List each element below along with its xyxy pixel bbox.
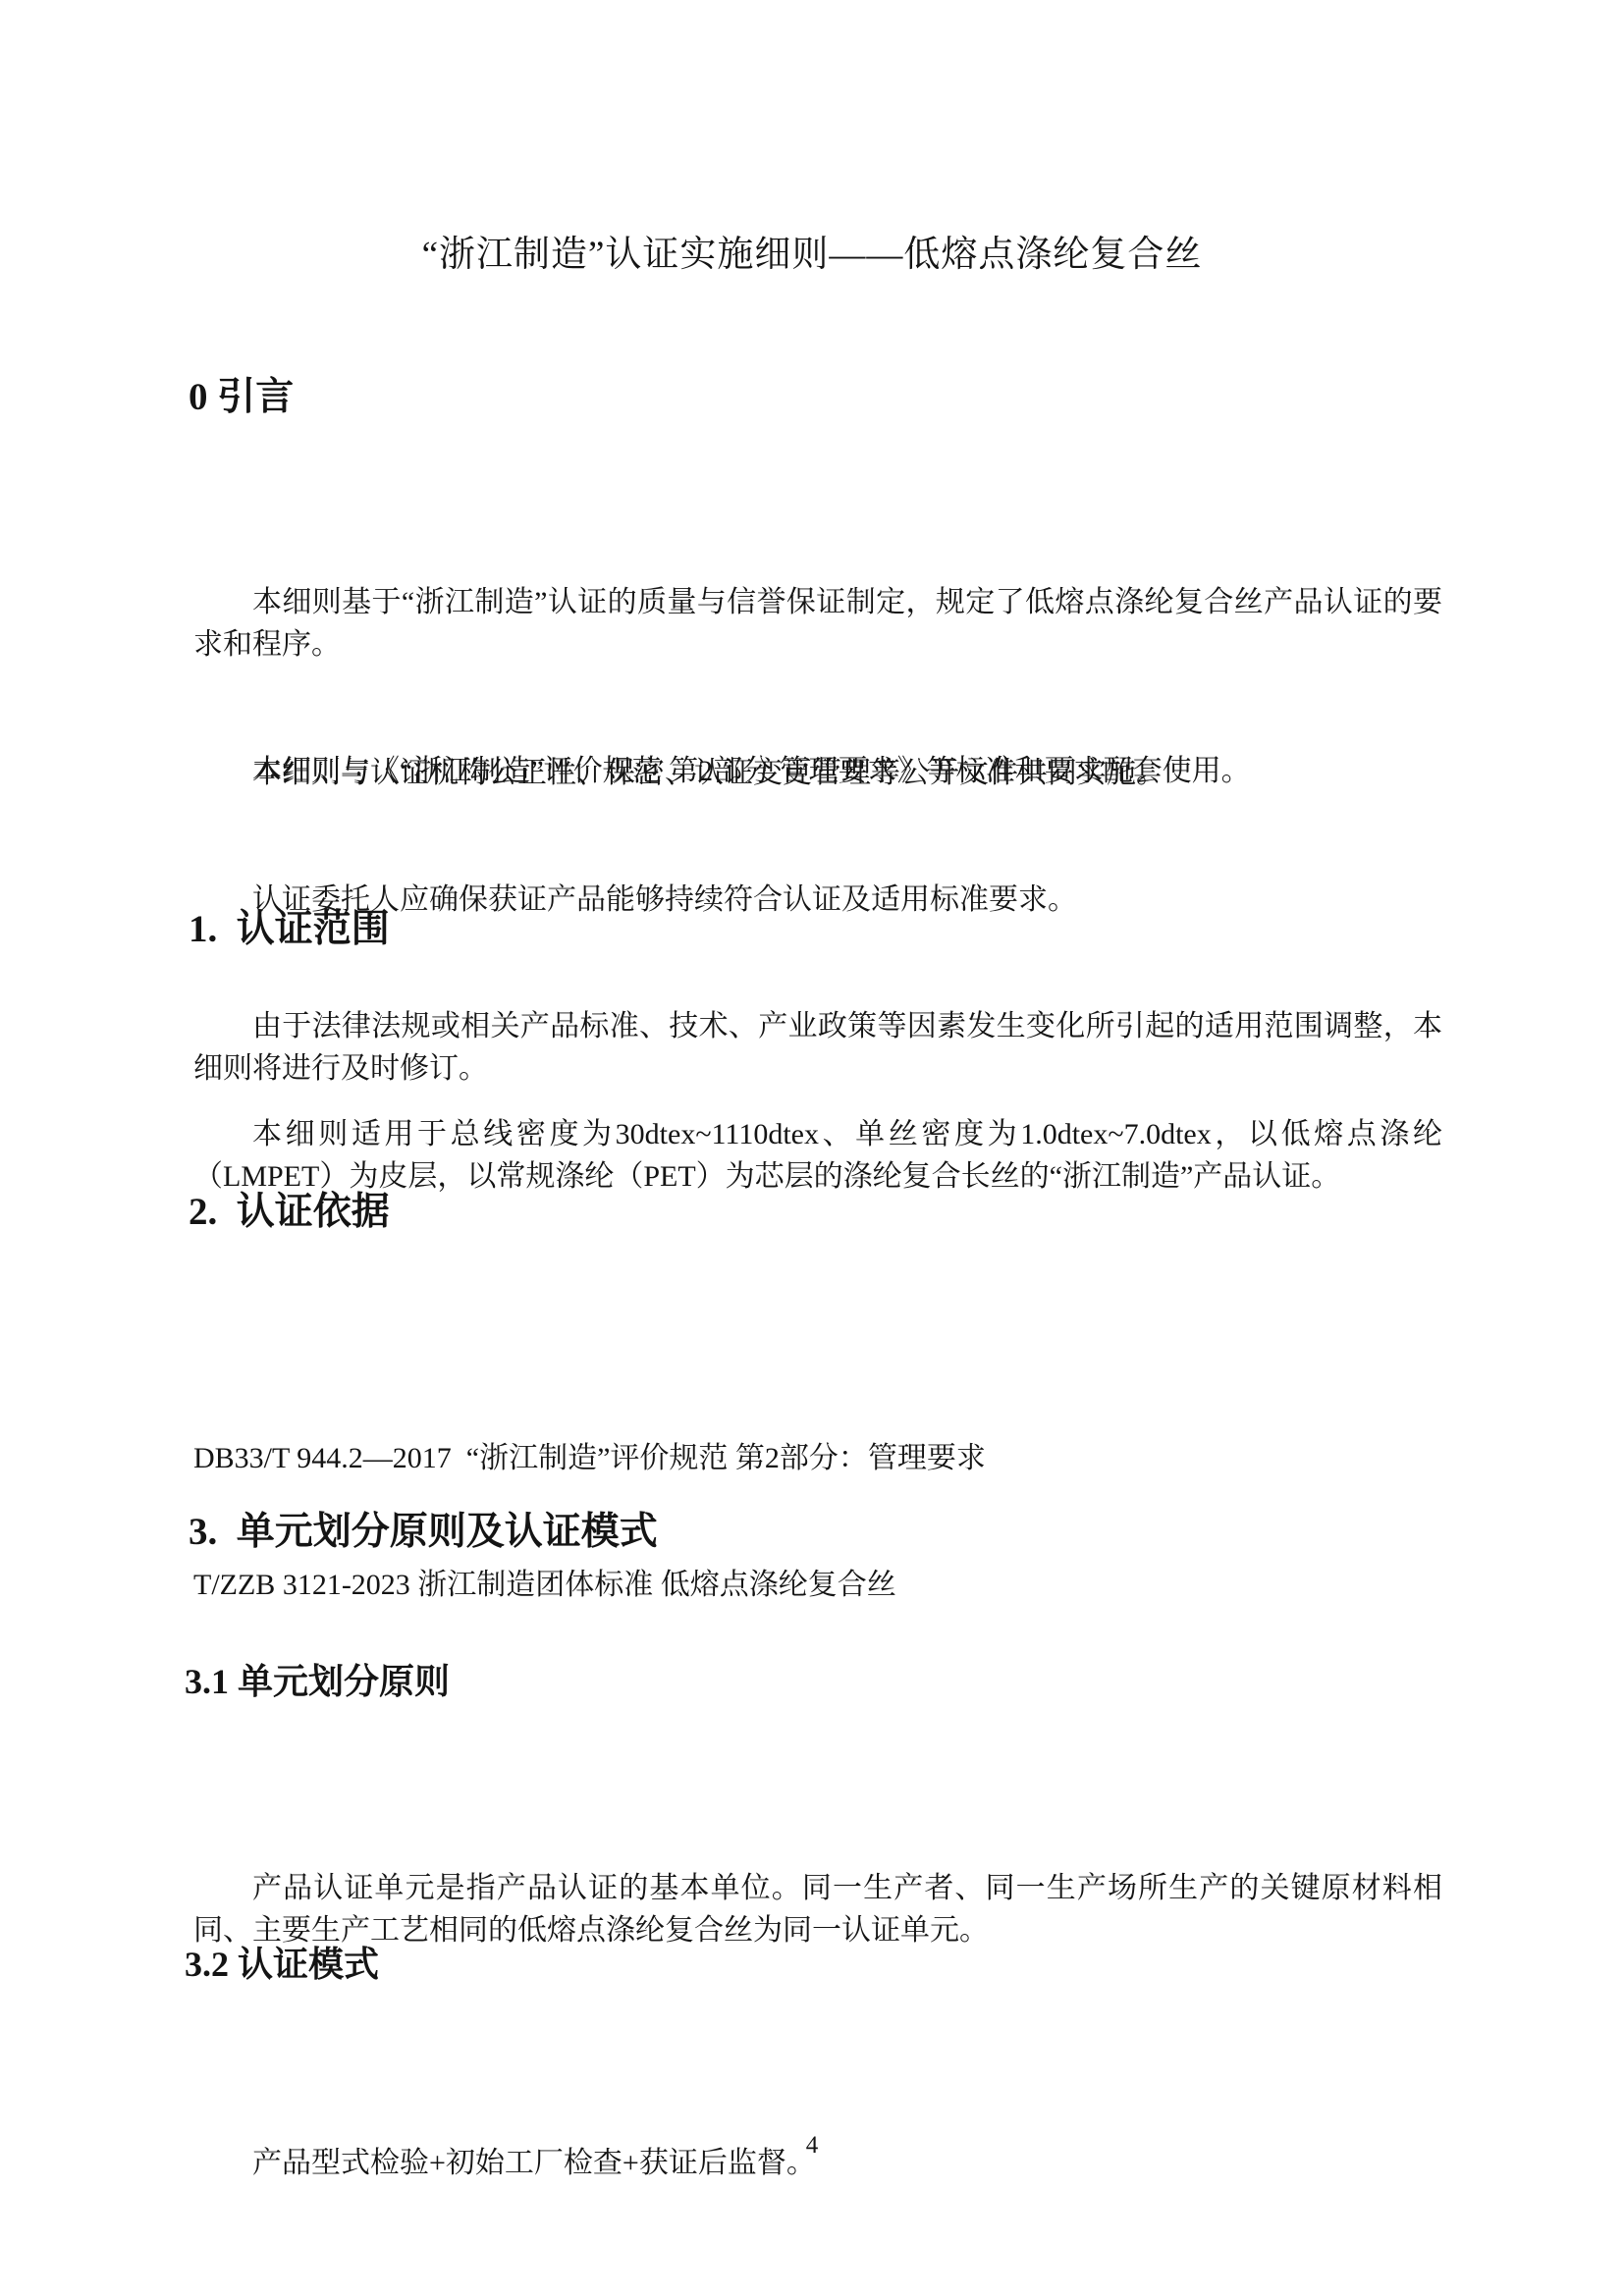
heading-introduction: 0 引言 [189, 377, 1465, 419]
heading-certification-mode: 3.2 认证模式 [185, 1946, 1461, 1985]
document-title: “浙江制造”认证实施细则——低熔点涤纶复合丝 [0, 234, 1624, 277]
heading-certification-scope: 1. 认证范围 [189, 909, 1465, 951]
scope-paragraph-1: 本细则适用于总线密度为30dtex~1110dtex、单丝密度为1.0dtex~… [193, 1113, 1442, 1198]
reference-standard-1: DB33/T 944.2—2017 “浙江制造”评价规范 第2部分：管理要求 [193, 1437, 1442, 1479]
heading-unit-division-and-mode: 3. 单元划分原则及认证模式 [189, 1512, 1465, 1554]
reference-standard-2: T/ZZB 3121-2023 浙江制造团体标准 低熔点涤纶复合丝 [193, 1564, 1442, 1606]
intro-paragraph-1: 本细则基于“浙江制造”认证的质量与信誉保证制定，规定了低熔点涤纶复合丝产品认证的… [193, 581, 1442, 666]
unit-division-text: 产品认证单元是指产品认证的基本单位。同一生产者、同一生产场所生产的关键原材料相同… [193, 1783, 1442, 2036]
intro-paragraph-3: 本细则与认证机构公正性、保密、认证变更管理等公开文件共同实施。 [193, 752, 1442, 794]
heading-unit-division-principle: 3.1 单元划分原则 [185, 1663, 1461, 1702]
page-number: 4 [0, 2132, 1624, 2160]
certification-mode-text: 产品型式检验+初始工厂检查+获证后监督。 [193, 2057, 1442, 2269]
heading-certification-basis: 2. 认证依据 [189, 1192, 1465, 1234]
document-page: “浙江制造”认证实施细则——低熔点涤纶复合丝 0 引言 本细则基于“浙江制造”认… [0, 0, 1624, 2296]
certification-scope-text: 本细则适用于总线密度为30dtex~1110dtex、单丝密度为1.0dtex~… [193, 1029, 1442, 1282]
unit-division-paragraph: 产品认证单元是指产品认证的基本单位。同一生产者、同一生产场所生产的关键原材料相同… [193, 1867, 1442, 1951]
